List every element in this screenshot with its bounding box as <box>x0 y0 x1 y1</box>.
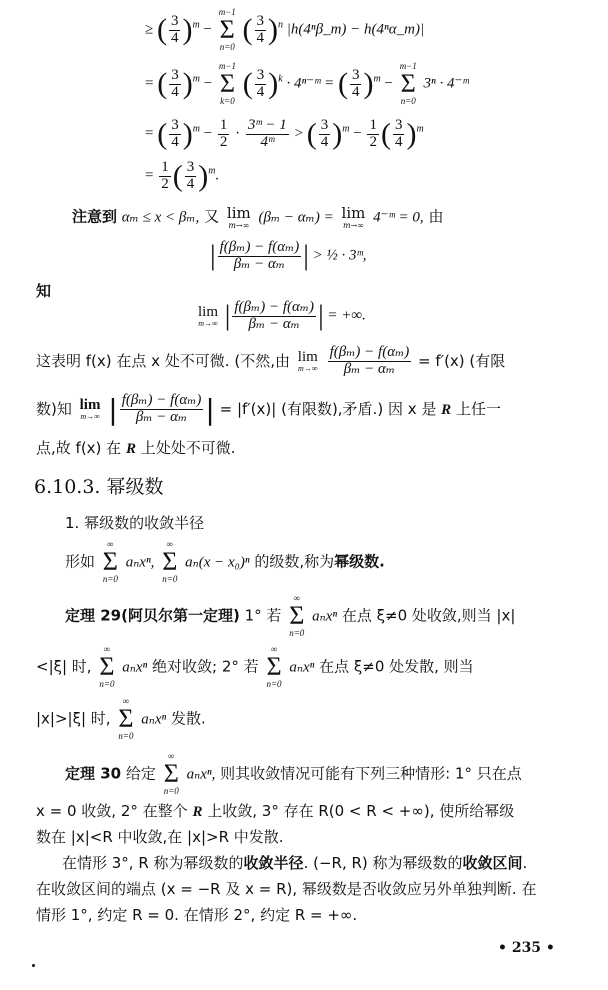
middle-expression: · 4ⁿ⁻ᵐ = <box>286 75 334 91</box>
limit-expression: (βₘ − αₘ) = <box>259 210 334 226</box>
derivation-line-3: = (34)m − 12 · 3ᵐ − 14ᵐ > (34)m − 12(34)… <box>145 118 424 151</box>
theorem-29-line-2: <|ξ| 时, ∞Σn=0 aₙxⁿ 绝对收敛; 2° 若 ∞Σn=0 aₙxⁿ… <box>36 645 474 689</box>
sum-lower-limit: n=0 <box>401 97 416 106</box>
derivation-line-1: ≥ (34)m − m−1 Σ n=0 (34)n |h(4ⁿβ_m) − h(… <box>145 8 424 52</box>
conclusion-line-2: 数)知 limm→∞ |f(βₘ) − f(αₘ)βₘ − αₘ| = |f′(… <box>36 393 501 426</box>
term-interval-of-convergence: 收敛区间 <box>463 854 523 872</box>
theorem-30-line-1: 定理 30 给定 ∞Σn=0 aₙxⁿ, 则其收敛情况可能有下列三种情形: 1°… <box>65 752 522 796</box>
fraction-half: 12 <box>218 118 230 151</box>
exponent: m <box>192 19 199 30</box>
section-title: 幂级数 <box>107 476 164 498</box>
term-radius-of-convergence: 收敛半径 <box>244 854 304 872</box>
closing-line-3: 情形 1°, 约定 R = 0. 在情形 2°, 约定 R = +∞. <box>36 904 357 925</box>
summation-symbol: m−1 Σ n=0 <box>219 8 236 52</box>
section-heading: 6.10.3. 幂级数 <box>34 472 164 499</box>
defined-term: 幂级数. <box>334 553 385 571</box>
limit-operator: limm→∞ <box>342 205 366 230</box>
tail-expression: 3ⁿ · 4⁻ᵐ <box>424 75 469 91</box>
know-label: 知 <box>36 280 51 301</box>
minus-sign: − <box>203 21 211 37</box>
note-suffix: 由 <box>428 208 443 226</box>
relation-symbol: = <box>145 75 153 91</box>
closing-line-2: 在收敛区间的端点 (x = −R 及 x = R), 幂级数是否收敛应另外单独判… <box>36 878 536 899</box>
theorem-label: 定理 30 <box>65 765 121 783</box>
note-prefix: 注意到 <box>72 208 117 226</box>
note-line: 注意到 αₘ ≤ x < βₘ, 又 limm→∞ (βₘ − αₘ) = li… <box>72 205 443 230</box>
conclusion-line-1: 这表明 f(x) 在点 x 处不可微. (不然,由 limm→∞ f(βₘ) −… <box>36 345 505 378</box>
conclusion-line-3: 点,故 f(x) 在 R 上处处不可微. <box>36 437 236 458</box>
theorem-29-line-1: 定理 29(阿贝尔第一定理) 1° 若 ∞Σn=0 aₙxⁿ 在点 ξ≠0 处收… <box>65 594 515 638</box>
difference-quotient-inequality: |f(βₘ) − f(αₘ)βₘ − αₘ| > ½ · 3ᵐ, <box>210 240 367 273</box>
h-difference-term: h(4ⁿβ_m) − h(4ⁿα_m) <box>291 21 420 37</box>
greater-than: > <box>295 126 303 142</box>
summation-symbol: m−1 Σ k=0 <box>219 62 236 106</box>
subsection-heading: 1. 幂级数的收敛半径 <box>65 512 204 533</box>
scan-speck <box>32 964 35 967</box>
exponent: n <box>278 19 283 30</box>
fraction-3-4: 34 <box>169 14 181 47</box>
limit-infinity-display: limm→∞ |f(βₘ) − f(αₘ)βₘ − αₘ| = +∞. <box>195 300 366 333</box>
subsection-number: 1. <box>65 514 79 532</box>
limit-operator: limm→∞ <box>227 205 251 230</box>
theorem-30-line-3: 数在 |x|<R 中收敛,在 |x|>R 中发散. <box>36 826 284 847</box>
derivation-line-2: = (34)m − m−1 Σ k=0 (34)k · 4ⁿ⁻ᵐ = (34)m… <box>145 62 469 106</box>
theorem-name: (阿贝尔第一定理) <box>121 607 240 625</box>
sum-lower-limit: n=0 <box>220 43 235 52</box>
inequality-rhs: > ½ · 3ᵐ, <box>313 248 367 264</box>
theorem-label: 定理 29 <box>65 607 121 625</box>
theorem-30-line-2: x = 0 收敛, 2° 在整个 R 上收敛, 3° 存在 R(0 < R < … <box>36 800 514 821</box>
closing-line-1: 在情形 3°, R 称为幂级数的收敛半径. (−R, R) 称为幂级数的收敛区间… <box>62 852 527 873</box>
subsection-title: 幂级数的收敛半径 <box>84 514 204 532</box>
interval-condition: αₘ ≤ x < βₘ, <box>122 210 200 226</box>
relation-symbol: ≥ <box>145 21 153 37</box>
limit-rhs: = +∞. <box>327 308 365 324</box>
derivation-line-4: = 12(34)m. <box>145 160 219 193</box>
relation-symbol: = <box>145 168 153 184</box>
relation-symbol: = <box>145 126 153 142</box>
summation-symbol: m−1 Σ n=0 <box>400 62 417 106</box>
section-number: 6.10.3. <box>34 476 100 498</box>
limit-expression: 4⁻ᵐ = 0, <box>373 210 424 226</box>
sum-lower-limit: k=0 <box>220 97 235 106</box>
power-series-definition: 形如 ∞Σn=0 aₙxⁿ, ∞Σn=0 aₙ(x − x₀)ⁿ 的级数,称为幂… <box>65 540 385 584</box>
page-number: • 235 • <box>498 940 555 956</box>
fraction-3m-minus-1-over-4m: 3ᵐ − 14ᵐ <box>246 118 289 151</box>
theorem-29-line-3: |x|>|ξ| 时, ∞Σn=0 aₙxⁿ 发散. <box>36 697 206 741</box>
also-word: 又 <box>204 208 219 226</box>
